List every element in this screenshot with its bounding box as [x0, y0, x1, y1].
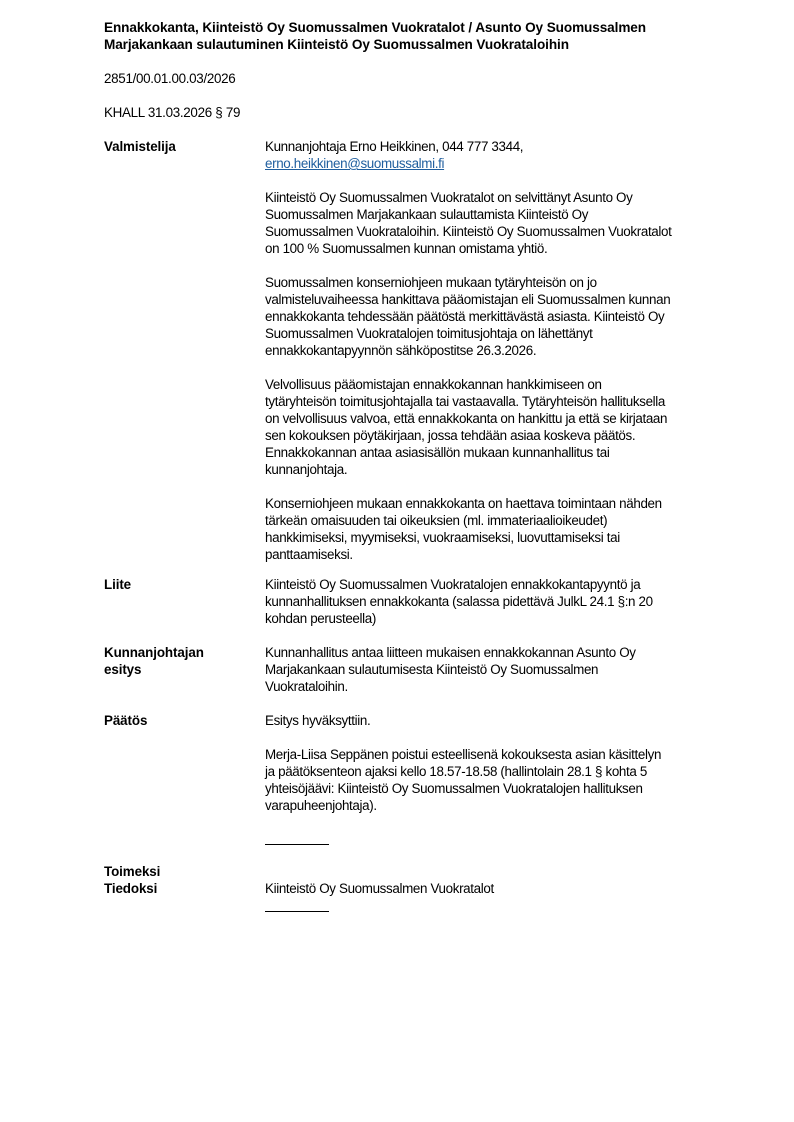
preparer-email-link[interactable]: erno.heikkinen@suomussalmi.fi — [265, 156, 444, 171]
section-label-valmistelija: Valmistelija — [104, 138, 176, 155]
text-line: ja päätöksenteon ajaksi kello 18.57-18.5… — [265, 763, 745, 780]
document-title: Ennakkokanta, Kiinteistö Oy Suomussalmen… — [104, 19, 744, 53]
label-line: esitys — [104, 661, 204, 678]
text-line: on velvollisuus valvoa, että ennakkokant… — [265, 410, 745, 427]
tiedoksi-recipient: Kiinteistö Oy Suomussalmen Vuokratalot — [265, 880, 745, 897]
text-line: yhteisöjäävi: Kiinteistö Oy Suomussalmen… — [265, 780, 745, 797]
title-line: Marjakankaan sulautuminen Kiinteistö Oy … — [104, 36, 744, 53]
section-label-liite: Liite — [104, 576, 131, 593]
section-label-toimeksi: Toimeksi — [104, 863, 160, 880]
separator-line — [265, 844, 329, 845]
text-line: Suomussalmen Marjakankaan sulauttamista … — [265, 206, 745, 223]
text-line: Velvollisuus pääomistajan ennakkokannan … — [265, 376, 745, 393]
section-label-tiedoksi: Tiedoksi — [104, 880, 157, 897]
text-line: Merja-Liisa Seppänen poistui esteellisen… — [265, 746, 745, 763]
section-liite: Kiinteistö Oy Suomussalmen Vuokratalojen… — [265, 576, 745, 627]
preparer-info: Kunnanjohtaja Erno Heikkinen, 044 777 33… — [265, 138, 745, 172]
text-line: ennakkokantapyynnön sähköpostitse 26.3.2… — [265, 342, 745, 359]
section-label-esitys: Kunnanjohtajan esitys — [104, 644, 204, 678]
text-line: tärkeän omaisuuden tai oikeuksien (ml. i… — [265, 512, 745, 529]
text-line: Kiinteistö Oy Suomussalmen Vuokratalojen… — [265, 576, 745, 593]
document-page: Ennakkokanta, Kiinteistö Oy Suomussalmen… — [0, 0, 794, 1122]
text-line: sen kokouksen pöytäkirjaan, jossa tehdää… — [265, 427, 745, 444]
paragraph: Konserniohjeen mukaan ennakkokanta on ha… — [265, 495, 745, 563]
text-line: Ennakkokannan antaa asiasisällön mukaan … — [265, 444, 745, 461]
text-line: Kunnanhallitus antaa liitteen mukaisen e… — [265, 644, 745, 661]
record-number: 2851/00.01.00.03/2026 — [104, 70, 235, 87]
meeting-reference: KHALL 31.03.2026 § 79 — [104, 104, 240, 121]
separator-line — [265, 911, 329, 912]
paragraph: Suomussalmen konserniohjeen mukaan tytär… — [265, 274, 745, 359]
text-line: Suomussalmen konserniohjeen mukaan tytär… — [265, 274, 745, 291]
preparer-line: Kunnanjohtaja Erno Heikkinen, 044 777 33… — [265, 138, 745, 155]
text-line: Marjakankaan sulautumisesta Kiinteistö O… — [265, 661, 745, 678]
text-line: hankkimiseksi, myymiseksi, vuokraamiseks… — [265, 529, 745, 546]
text-line: kohdan perusteella) — [265, 610, 745, 627]
disqualification-note: Merja-Liisa Seppänen poistui esteellisen… — [265, 746, 745, 814]
text-line: Esitys hyväksyttiin. — [265, 712, 745, 729]
text-line: kunnanjohtaja. — [265, 461, 745, 478]
label-line: Kunnanjohtajan — [104, 644, 204, 661]
text-line: Suomussalmen Vuokratalojen toimitusjohta… — [265, 325, 745, 342]
text-line: Konserniohjeen mukaan ennakkokanta on ha… — [265, 495, 745, 512]
text-line: valmisteluvaiheessa hankittava pääomista… — [265, 291, 745, 308]
text-line: panttaamiseksi. — [265, 546, 745, 563]
text-line: Kiinteistö Oy Suomussalmen Vuokratalot o… — [265, 189, 745, 206]
section-esitys: Kunnanhallitus antaa liitteen mukaisen e… — [265, 644, 745, 695]
section-label-paatos: Päätös — [104, 712, 147, 729]
paragraph: Kiinteistö Oy Suomussalmen Vuokratalot o… — [265, 189, 745, 257]
section-valmistelija: Kunnanjohtaja Erno Heikkinen, 044 777 33… — [265, 138, 745, 563]
text-line: kunnanhallituksen ennakkokanta (salassa … — [265, 593, 745, 610]
text-line: on 100 % Suomussalmen kunnan omistama yh… — [265, 240, 745, 257]
text-line: Suomussalmen Vuokrataloihin. Kiinteistö … — [265, 223, 745, 240]
text-line: tytäryhteisön toimitusjohtajalla tai vas… — [265, 393, 745, 410]
text-line: varapuheenjohtaja). — [265, 797, 745, 814]
text-line: ennakkokanta tehdessään päätöstä merkitt… — [265, 308, 745, 325]
title-line: Ennakkokanta, Kiinteistö Oy Suomussalmen… — [104, 19, 744, 36]
paragraph: Velvollisuus pääomistajan ennakkokannan … — [265, 376, 745, 478]
text-line: Vuokrataloihin. — [265, 678, 745, 695]
section-paatos: Esitys hyväksyttiin. Merja-Liisa Seppäne… — [265, 712, 745, 814]
decision-text: Esitys hyväksyttiin. — [265, 712, 745, 729]
